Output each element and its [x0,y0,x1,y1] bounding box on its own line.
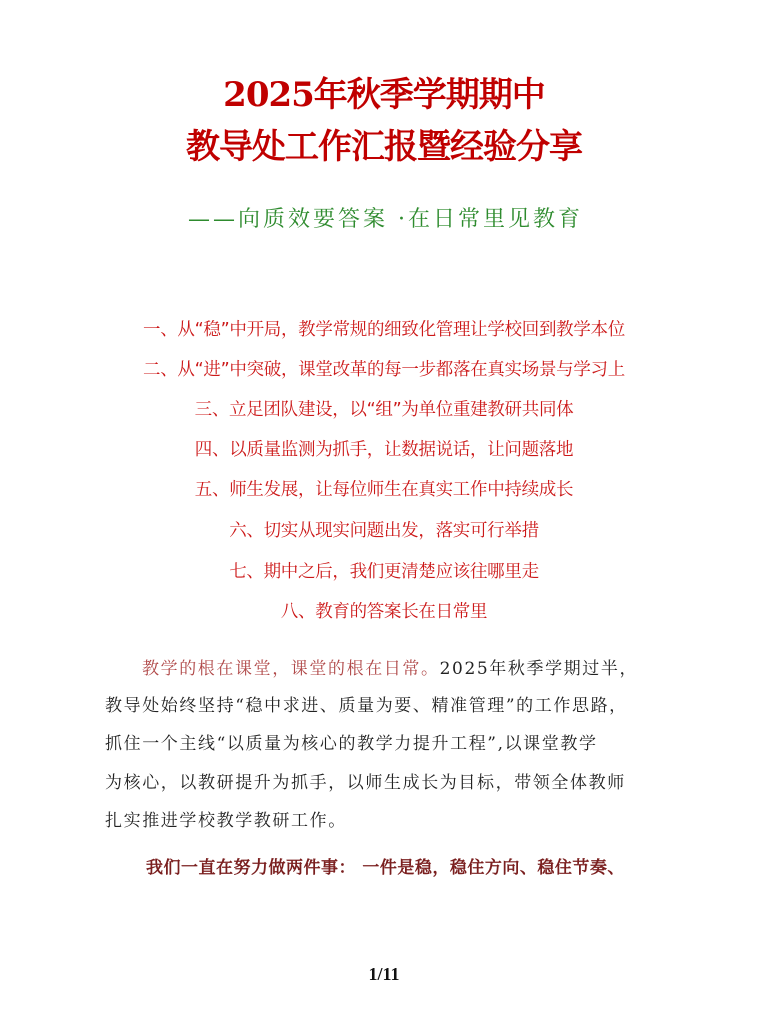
toc-item-5: 五、师生发展，让每位师生在真实工作中持续成长 [0,478,768,502]
intro-line-3: 抓住一个主线“以质量为核心的教学力提升工程”,以课堂教学 [105,732,675,756]
toc-item-1: 一、从“稳”中开局，教学常规的细致化管理让学校回到教学本位 [0,318,768,342]
toc-item-6: 六、切实从现实问题出发，落实可行举措 [0,519,768,543]
intro-line-2: 教导处始终坚持“稳中求进、质量为要、精准管理”的工作思路， [105,694,675,718]
page-number: 1/11 [0,964,768,985]
intro-lead-sentence: 教学的根在课堂，课堂的根在日常。 [142,659,440,679]
emphasis-paragraph: 我们一直在努力做两件事： 一件是稳，稳住方向、稳住节奏、 [146,856,716,880]
document-title-line-1: 2025年秋季学期期中 [0,75,768,115]
document-title-line-2: 教导处工作汇报暨经验分享 [0,127,768,167]
intro-line-5: 扎实推进学校教学教研工作。 [105,809,675,833]
toc-item-2: 二、从“进”中突破，课堂改革的每一步都落在真实场景与学习上 [0,358,768,382]
toc-item-4: 四、以质量监测为抓手，让数据说话，让问题落地 [0,438,768,462]
intro-line-1: 教学的根在课堂，课堂的根在日常。2025年秋季学期过半， [142,657,712,681]
document-subtitle: ——向质效要答案 ·在日常里见教育 [188,202,583,238]
toc-item-7: 七、期中之后，我们更清楚应该往哪里走 [0,560,768,584]
intro-line-4: 为核心，以教研提升为抓手，以师生成长为目标，带领全体教师 [105,771,675,795]
intro-line-1-rest: 2025年秋季学期过半， [440,659,638,679]
toc-item-3: 三、立足团队建设，以“组”为单位重建教研共同体 [0,398,768,422]
document-page: 2025年秋季学期期中 教导处工作汇报暨经验分享 ——向质效要答案 ·在日常里见… [0,0,768,1024]
toc-item-8: 八、教育的答案长在日常里 [0,600,768,624]
